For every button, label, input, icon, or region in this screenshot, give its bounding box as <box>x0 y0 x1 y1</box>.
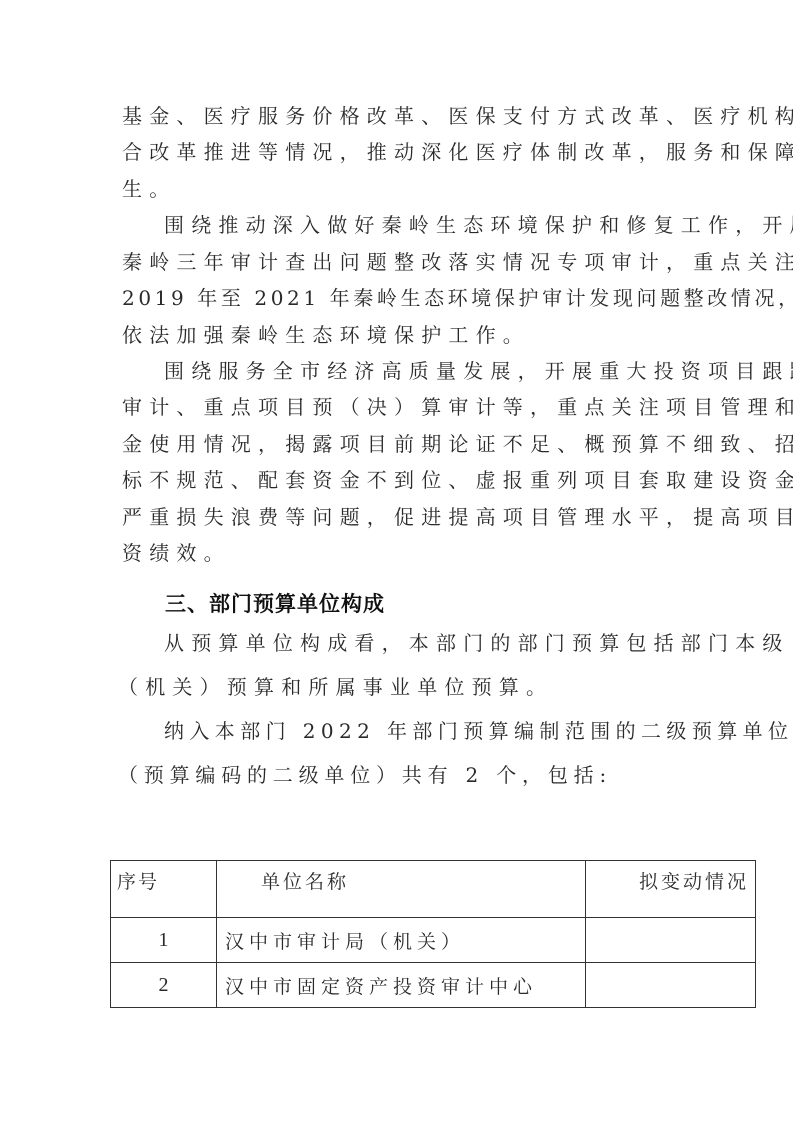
header-planned-change: 拟变动情况 <box>586 861 756 918</box>
cell-planned-change <box>586 963 756 1008</box>
budget-units-table: 序号 单位名称 拟变动情况 1 汉中市审计局（机关） 2 汉中市固定资产投资审计… <box>110 860 756 1008</box>
paragraph-line: 从预算单位构成看，本部门的部门预算包括部门本级 <box>164 628 724 658</box>
header-index: 序号 <box>111 861 217 918</box>
header-unit-name: 单位名称 <box>217 861 586 918</box>
paragraph-line: （预算编码的二级单位）共有 2 个，包括: <box>118 760 678 790</box>
paragraph-line: （机关）预算和所属事业单位预算。 <box>118 672 678 702</box>
cell-unit-name: 汉中市审计局（机关） <box>217 918 586 963</box>
document-page: 基金、医疗服务价格改革、医保支付方式改革、医疗机构综 合改革推进等情况，推动深化… <box>0 0 793 1122</box>
paragraph-line: 生。 <box>122 174 682 204</box>
cell-unit-name: 汉中市固定资产投资审计中心 <box>217 963 586 1008</box>
paragraph-line: 标不规范、配套资金不到位、虚报重列项目套取建设资金和 <box>122 465 682 495</box>
paragraph-line: 资绩效。 <box>122 538 682 568</box>
paragraph-line: 围绕服务全市经济高质量发展，开展重大投资项目跟踪 <box>164 356 724 386</box>
paragraph-line: 围绕推动深入做好秦岭生态环境保护和修复工作，开展 <box>164 210 724 240</box>
cell-index: 1 <box>111 918 217 963</box>
section-heading: 三、部门预算单位构成 <box>165 589 385 619</box>
table-row: 1 汉中市审计局（机关） <box>111 918 756 963</box>
table-row: 2 汉中市固定资产投资审计中心 <box>111 963 756 1008</box>
paragraph-line: 审计、重点项目预（决）算审计等，重点关注项目管理和资 <box>122 392 682 422</box>
paragraph-line: 金使用情况，揭露项目前期论证不足、概预算不细致、招投 <box>122 429 682 459</box>
paragraph-line: 纳入本部门 2022 年部门预算编制范围的二级预算单位 <box>164 716 724 746</box>
cell-index: 2 <box>111 963 217 1008</box>
paragraph-line: 秦岭三年审计查出问题整改落实情况专项审计，重点关注 <box>122 247 682 277</box>
cell-planned-change <box>586 918 756 963</box>
paragraph-line: 严重损失浪费等问题，促进提高项目管理水平，提高项目投 <box>122 502 682 532</box>
paragraph-line: 依法加强秦岭生态环境保护工作。 <box>122 320 682 350</box>
paragraph-line: 2019 年至 2021 年秦岭生态环境保护审计发现问题整改情况， <box>122 283 682 313</box>
paragraph-line: 基金、医疗服务价格改革、医保支付方式改革、医疗机构综 <box>122 101 682 131</box>
paragraph-line: 合改革推进等情况，推动深化医疗体制改革，服务和保障民 <box>122 137 682 167</box>
table-header-row: 序号 单位名称 拟变动情况 <box>111 861 756 918</box>
